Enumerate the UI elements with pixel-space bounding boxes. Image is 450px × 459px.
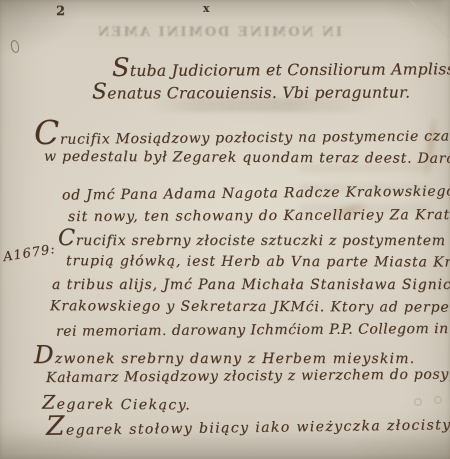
manuscript-line: Kałamarz Mosiądzowy złocisty z wierzchem… [46,366,450,386]
manuscript-line: a tribus alijs, Jmć Pana Michała Stanisł… [52,277,450,293]
manuscript-line: Zegarek stołowy biiący iako wieżyczka zł… [46,410,450,439]
manuscript-line: sit nowy, ten schowany do Kancellariey Z… [68,207,450,225]
ink-blot [10,39,21,53]
manuscript-line: Crucifix srebrny złociste sztuczki z pos… [58,230,450,249]
bleedthrough-mirrored-text: IN NOMINE DOMINI AMEN [122,25,342,40]
manuscript-line: Crucifix Mosiądzowy pozłocisty na postym… [34,116,450,148]
manuscript-line: w pedestalu był Zegarek quondam teraz de… [44,149,450,168]
collation-mark: x [203,2,210,15]
manuscript-line: trupią główką, iest Herb ab Vna parte Mi… [66,253,450,271]
show-through-marks [412,395,446,409]
margin-year-note: A1679: [2,242,57,265]
page-number: 2 [56,4,65,19]
manuscript-page: 2 x IN NOMINE DOMINI AMEN Stuba Judicior… [0,0,450,459]
paper-fold-corner [410,0,450,40]
manuscript-line: Krakowskiego y Sekretarza JKMći. Ktory a… [50,298,450,316]
manuscript-line: Dzwonek srebrny dawny z Herbem mieyskim. [34,345,415,367]
title-line-2: Senatus Cracouiensis. Vbi peraguntur. [92,78,410,104]
manuscript-line: rei memoriam. darowany Ichmćiom P.P. Col… [56,320,450,339]
